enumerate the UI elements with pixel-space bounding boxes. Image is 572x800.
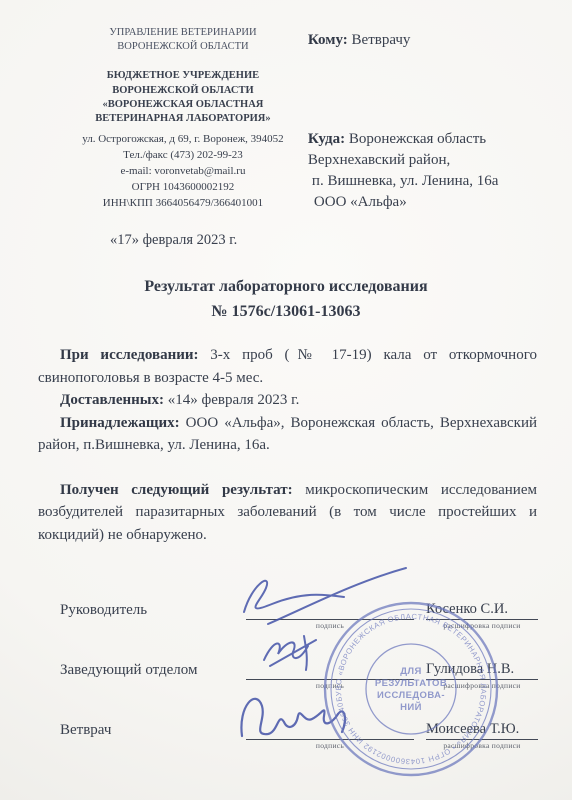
recipient-where-label: Куда: — [308, 131, 345, 147]
sender-phone: Тел./факс (473) 202-99-23 — [58, 148, 308, 164]
lab-name: «ВОРОНЕЖСКАЯ ОБЛАСТНАЯ ВЕТЕРИНАРНАЯ ЛАБО… — [58, 98, 308, 126]
document-body: При исследовании: 3-х проб (№ 17-19) кал… — [38, 344, 537, 546]
recipient-where-line: Воронежская область — [349, 131, 486, 147]
sender-email: e-mail: voronvetab@mail.ru — [58, 164, 308, 180]
sender-inn-kpp: ИНН\КПП 3664056479/366401001 — [58, 196, 308, 212]
paragraph-owner: Принадлежащих: ООО «Альфа», Воронежская … — [38, 412, 537, 457]
signature-role: Руководитель — [60, 602, 246, 630]
signature-line — [246, 655, 414, 680]
paragraph-research: При исследовании: 3-х проб (№ 17-19) кал… — [38, 344, 537, 389]
document-title-line: Результат лабораторного исследования — [0, 275, 572, 300]
institution-line: БЮДЖЕТНОЕ УЧРЕЖДЕНИЕ — [58, 69, 308, 83]
sender-address: ул. Острогожская, д 69, г. Воронеж, 3940… — [58, 132, 308, 148]
document-number: № 1576с/13061-13063 — [0, 300, 572, 325]
signatures-section: Руководитель подпись Косенко С.И. расшиф… — [60, 592, 538, 750]
recipient-to: Кому: Ветврачу — [308, 30, 538, 51]
recipient-where-line: п. Вишневка, ул. Ленина, 16а — [308, 171, 538, 192]
authority-name: УПРАВЛЕНИЕ ВЕТЕРИНАРИИ ВОРОНЕЖСКОЙ ОБЛАС… — [58, 26, 308, 54]
signature-name: Моисеева Т.Ю. — [426, 721, 538, 740]
paragraph-lead: Принадлежащих: — [60, 415, 180, 431]
paragraph-result: Получен следующий результат: микроскопич… — [38, 479, 537, 547]
signature-name: Гулидова Н.В. — [426, 661, 538, 680]
signature-line — [246, 715, 414, 740]
paragraph-lead: Получен следующий результат: — [60, 482, 293, 498]
sender-ogrn: ОГРН 1043600002192 — [58, 180, 308, 196]
recipient-where-line: Верхнехавский район, — [308, 150, 538, 171]
recipient-where-line: ООО «Альфа» — [308, 192, 538, 213]
lab-name-line: ВЕТЕРИНАРНАЯ ЛАБОРАТОРИЯ» — [58, 112, 308, 126]
signature-line-label: подпись — [246, 620, 414, 630]
signature-name-label: расшифровка подписи — [426, 620, 538, 630]
signature-name-label: расшифровка подписи — [426, 680, 538, 690]
paragraph-delivered: Доставленных: «14» февраля 2023 г. — [38, 389, 537, 412]
signature-row-director: Руководитель подпись Косенко С.И. расшиф… — [60, 592, 538, 630]
paragraph-lead: Доставленных: — [60, 392, 164, 408]
lab-name-line: «ВОРОНЕЖСКАЯ ОБЛАСТНАЯ — [58, 98, 308, 112]
document-header: УПРАВЛЕНИЕ ВЕТЕРИНАРИИ ВОРОНЕЖСКОЙ ОБЛАС… — [0, 0, 572, 249]
authority-line: УПРАВЛЕНИЕ ВЕТЕРИНАРИИ — [58, 26, 308, 40]
signature-role: Ветврач — [60, 722, 246, 750]
document-page: УПРАВЛЕНИЕ ВЕТЕРИНАРИИ ВОРОНЕЖСКОЙ ОБЛАС… — [0, 0, 572, 800]
signature-role: Заведующий отделом — [60, 662, 246, 690]
authority-line: ВОРОНЕЖСКОЙ ОБЛАСТИ — [58, 40, 308, 54]
paragraph-lead: При исследовании: — [60, 347, 199, 363]
recipient-to-label: Кому: — [308, 32, 348, 48]
recipient-to-value: Ветврачу — [352, 32, 411, 48]
sender-contacts: ул. Острогожская, д 69, г. Воронеж, 3940… — [58, 132, 308, 212]
document-date: «17» февраля 2023 г. — [58, 232, 308, 249]
recipient-block: Кому: Ветврачу Куда: Воронежская область… — [308, 26, 538, 249]
institution-line: ВОРОНЕЖСКОЙ ОБЛАСТИ — [58, 84, 308, 98]
document-title: Результат лабораторного исследования № 1… — [0, 275, 572, 325]
signature-line-label: подпись — [246, 680, 414, 690]
sender-block: УПРАВЛЕНИЕ ВЕТЕРИНАРИИ ВОРОНЕЖСКОЙ ОБЛАС… — [58, 26, 308, 249]
signature-row-veterinarian: Ветврач подпись Моисеева Т.Ю. расшифровк… — [60, 712, 538, 750]
institution-name: БЮДЖЕТНОЕ УЧРЕЖДЕНИЕ ВОРОНЕЖСКОЙ ОБЛАСТИ — [58, 69, 308, 97]
signature-name-label: расшифровка подписи — [426, 740, 538, 750]
signature-name: Косенко С.И. — [426, 601, 538, 620]
signature-row-department-head: Заведующий отделом подпись Гулидова Н.В.… — [60, 652, 538, 690]
recipient-where: Куда: Воронежская область Верхнехавский … — [308, 129, 538, 213]
signature-line — [246, 595, 414, 620]
signature-line-label: подпись — [246, 740, 414, 750]
